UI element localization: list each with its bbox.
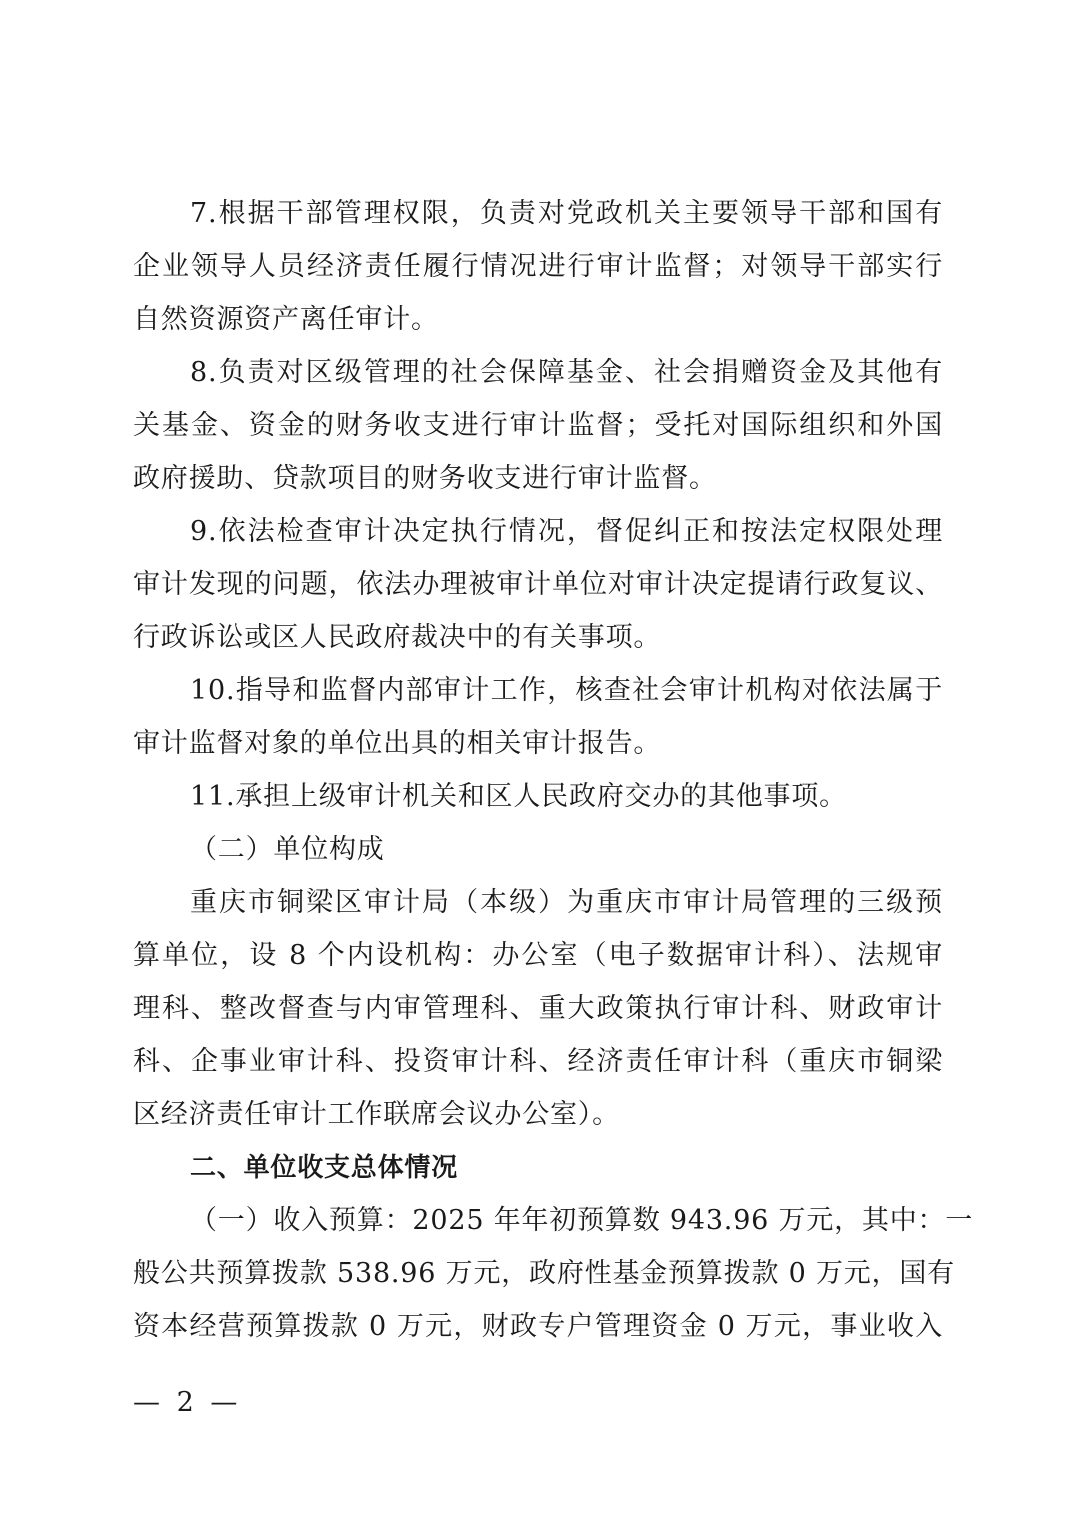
- paragraph-item-8-line-3: 政府援助、贷款项目的财务收支进行审计监督。: [133, 457, 943, 510]
- paragraph-income-budget-line-3: 资本经营预算拨款 0 万元，财政专户管理资金 0 万元，事业收入: [133, 1305, 943, 1358]
- document-page: 7.根据干部管理权限，负责对党政机关主要领导干部和国有 企业领导人员经济责任履行…: [133, 192, 943, 1358]
- page-number: — 2 —: [133, 1383, 241, 1423]
- subheading-unit-composition: （二）单位构成: [133, 828, 943, 881]
- paragraph-unit-composition-line-4: 科、企事业审计科、投资审计科、经济责任审计科（重庆市铜梁: [133, 1040, 943, 1093]
- paragraph-unit-composition-line-5: 区经济责任审计工作联席会议办公室）。: [133, 1093, 943, 1146]
- paragraph-income-budget-line-2: 般公共预算拨款 538.96 万元，政府性基金预算拨款 0 万元，国有: [133, 1252, 943, 1305]
- paragraph-unit-composition-line-1: 重庆市铜梁区审计局（本级）为重庆市审计局管理的三级预: [133, 881, 943, 934]
- paragraph-income-budget-line-1: （一）收入预算：2025 年年初预算数 943.96 万元，其中：一: [133, 1199, 943, 1252]
- paragraph-item-9-line-1: 9.依法检查审计决定执行情况，督促纠正和按法定权限处理: [133, 510, 943, 563]
- paragraph-item-9-line-2: 审计发现的问题，依法办理被审计单位对审计决定提请行政复议、: [133, 563, 943, 616]
- paragraph-item-10-line-1: 10.指导和监督内部审计工作，核查社会审计机构对依法属于: [133, 669, 943, 722]
- paragraph-item-7-line-1: 7.根据干部管理权限，负责对党政机关主要领导干部和国有: [133, 192, 943, 245]
- paragraph-item-9-line-3: 行政诉讼或区人民政府裁决中的有关事项。: [133, 616, 943, 669]
- paragraph-item-7-line-2: 企业领导人员经济责任履行情况进行审计监督；对领导干部实行: [133, 245, 943, 298]
- section-heading-income-expenditure: 二、单位收支总体情况: [133, 1146, 943, 1199]
- paragraph-item-11-line-1: 11.承担上级审计机关和区人民政府交办的其他事项。: [133, 775, 943, 828]
- paragraph-unit-composition-line-2: 算单位，设 8 个内设机构：办公室（电子数据审计科）、法规审: [133, 934, 943, 987]
- paragraph-item-8-line-2: 关基金、资金的财务收支进行审计监督；受托对国际组织和外国: [133, 404, 943, 457]
- paragraph-item-8-line-1: 8.负责对区级管理的社会保障基金、社会捐赠资金及其他有: [133, 351, 943, 404]
- paragraph-unit-composition-line-3: 理科、整改督查与内审管理科、重大政策执行审计科、财政审计: [133, 987, 943, 1040]
- paragraph-item-10-line-2: 审计监督对象的单位出具的相关审计报告。: [133, 722, 943, 775]
- paragraph-item-7-line-3: 自然资源资产离任审计。: [133, 298, 943, 351]
